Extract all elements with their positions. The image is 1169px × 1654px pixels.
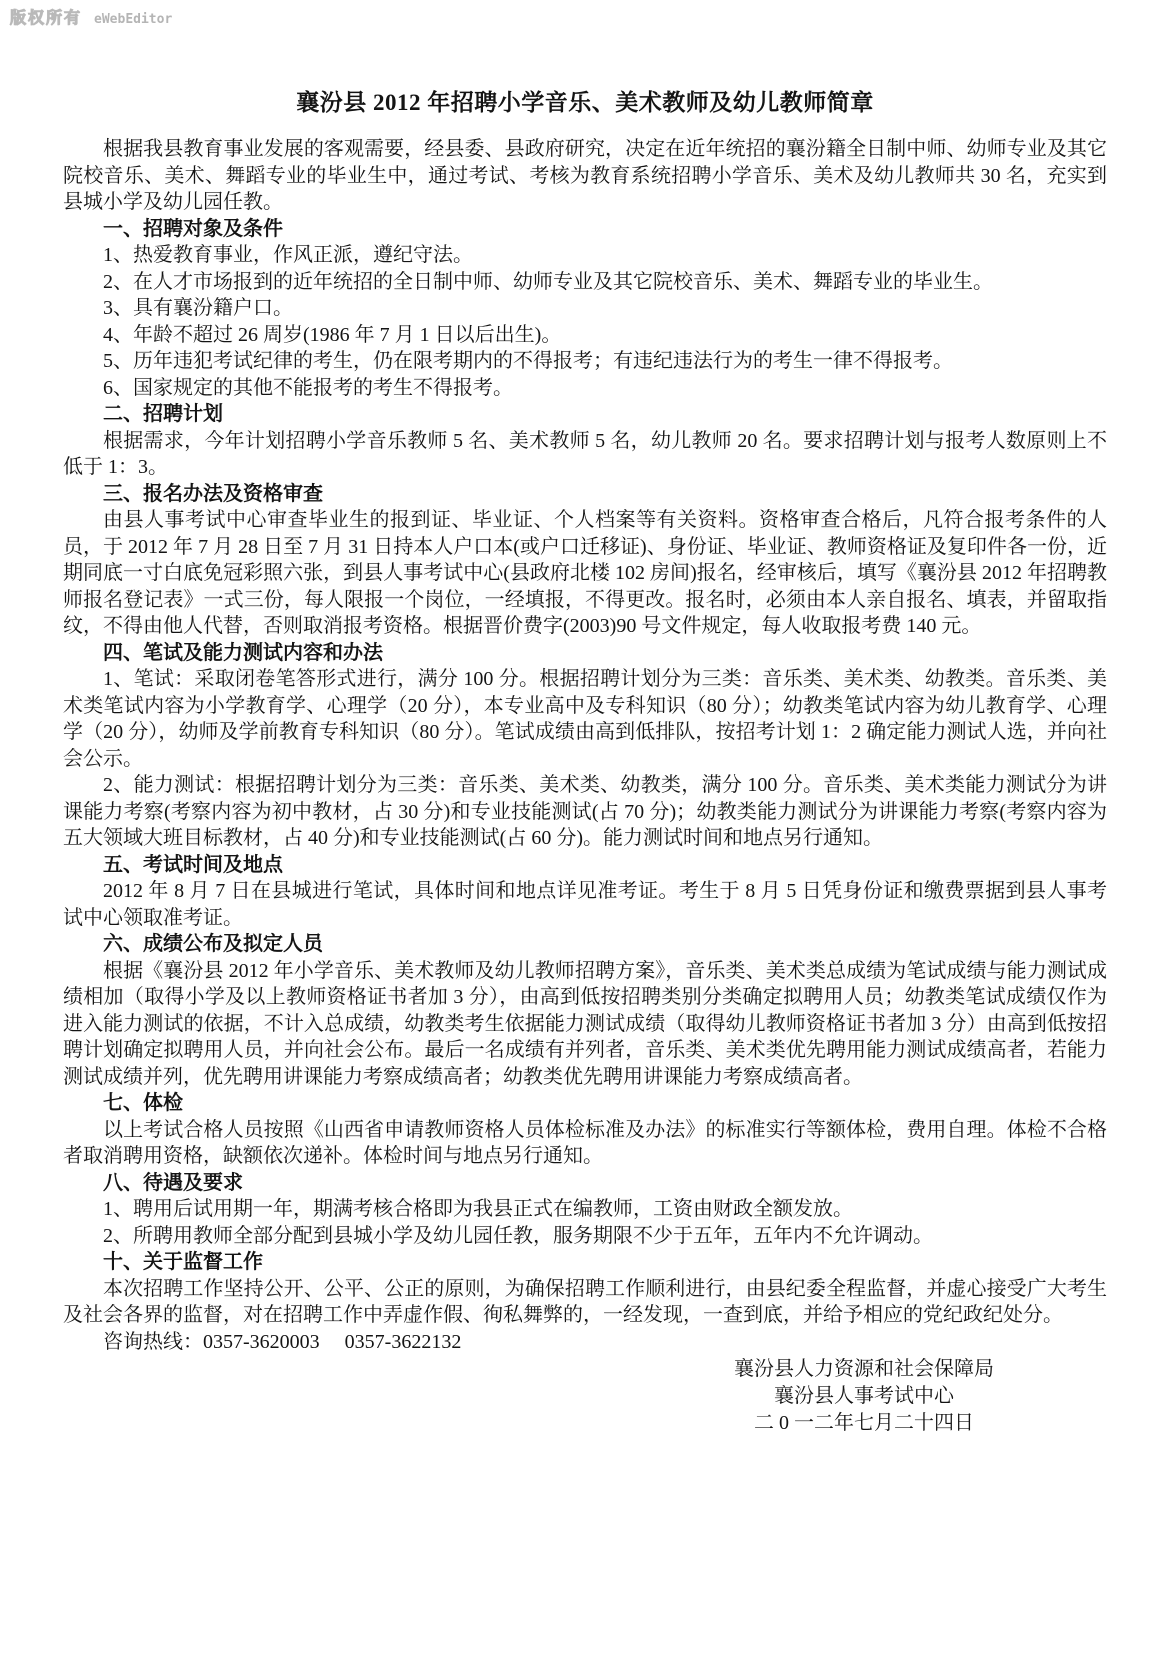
- signature-dept: 襄汾县人事考试中心: [734, 1383, 994, 1410]
- section-8-item-1: 1、聘用后试用期一年，期满考核合格即为我县正式在编教师，工资由财政全额发放。: [63, 1196, 1107, 1223]
- watermark-cn-text: 版权所有: [10, 10, 82, 27]
- section-10-paragraph: 本次招聘工作坚持公开、公平、公正的原则，为确保招聘工作顺利进行，由县纪委全程监督…: [63, 1276, 1107, 1329]
- watermark: 版权所有 eWebEditor: [10, 5, 172, 28]
- section-1-item-2: 2、在人才市场报到的近年统招的全日制中师、幼师专业及其它院校音乐、美术、舞蹈专业…: [63, 269, 1107, 296]
- section-8-item-2: 2、所聘用教师全部分配到县城小学及幼儿园任教，服务期限不少于五年，五年内不允许调…: [63, 1223, 1107, 1250]
- document-title: 襄汾县 2012 年招聘小学音乐、美术教师及幼儿教师简章: [63, 86, 1107, 120]
- section-4-paragraph-2: 2、能力测试：根据招聘计划分为三类：音乐类、美术类、幼教类，满分 100 分。音…: [63, 772, 1107, 852]
- section-1-item-3: 3、具有襄汾籍户口。: [63, 295, 1107, 322]
- section-8-heading: 八、待遇及要求: [63, 1170, 1107, 1197]
- intro-paragraph: 根据我县教育事业发展的客观需要，经县委、县政府研究，决定在近年统招的襄汾籍全日制…: [63, 136, 1107, 216]
- section-1-heading: 一、招聘对象及条件: [63, 216, 1107, 243]
- section-5-paragraph: 2012 年 8 月 7 日在县城进行笔试，具体时间和地点详见准考证。考生于 8…: [63, 878, 1107, 931]
- section-3-heading: 三、报名办法及资格审查: [63, 481, 1107, 508]
- section-7-heading: 七、体检: [63, 1090, 1107, 1117]
- section-5-heading: 五、考试时间及地点: [63, 852, 1107, 879]
- section-3-paragraph: 由县人事考试中心审查毕业生的报到证、毕业证、个人档案等有关资料。资格审查合格后，…: [63, 507, 1107, 640]
- section-2-heading: 二、招聘计划: [63, 401, 1107, 428]
- section-6-paragraph: 根据《襄汾县 2012 年小学音乐、美术教师及幼儿教师招聘方案》，音乐类、美术类…: [63, 958, 1107, 1091]
- section-4-paragraph-1: 1、笔试：采取闭卷笔答形式进行，满分 100 分。根据招聘计划分为三类：音乐类、…: [63, 666, 1107, 772]
- section-6-heading: 六、成绩公布及拟定人员: [63, 931, 1107, 958]
- watermark-en-text: eWebEditor: [94, 12, 172, 27]
- hotline-line: 咨询热线：0357-3620003 0357-3622132: [63, 1329, 1107, 1356]
- section-1-item-1: 1、热爱教育事业，作风正派，遵纪守法。: [63, 242, 1107, 269]
- section-7-paragraph: 以上考试合格人员按照《山西省申请教师资格人员体检标准及办法》的标准实行等额体检，…: [63, 1117, 1107, 1170]
- section-2-paragraph: 根据需求，今年计划招聘小学音乐教师 5 名、美术教师 5 名，幼儿教师 20 名…: [63, 428, 1107, 481]
- document-page: 版权所有 eWebEditor 襄汾县 2012 年招聘小学音乐、美术教师及幼儿…: [0, 0, 1169, 1654]
- section-1-item-4: 4、年龄不超过 26 周岁(1986 年 7 月 1 日以后出生)。: [63, 322, 1107, 349]
- signature-org: 襄汾县人力资源和社会保障局: [734, 1356, 994, 1383]
- section-4-heading: 四、笔试及能力测试内容和办法: [63, 640, 1107, 667]
- section-1-item-6: 6、国家规定的其他不能报考的考生不得报考。: [63, 375, 1107, 402]
- document-body: 襄汾县 2012 年招聘小学音乐、美术教师及幼儿教师简章 根据我县教育事业发展的…: [63, 86, 1107, 1437]
- signature-date: 二 0 一二年七月二十四日: [734, 1410, 994, 1437]
- signature-block: 襄汾县人力资源和社会保障局 襄汾县人事考试中心 二 0 一二年七月二十四日: [734, 1356, 994, 1437]
- section-1-item-5: 5、历年违犯考试纪律的考生，仍在限考期内的不得报考；有违纪违法行为的考生一律不得…: [63, 348, 1107, 375]
- section-10-heading: 十、关于监督工作: [63, 1249, 1107, 1276]
